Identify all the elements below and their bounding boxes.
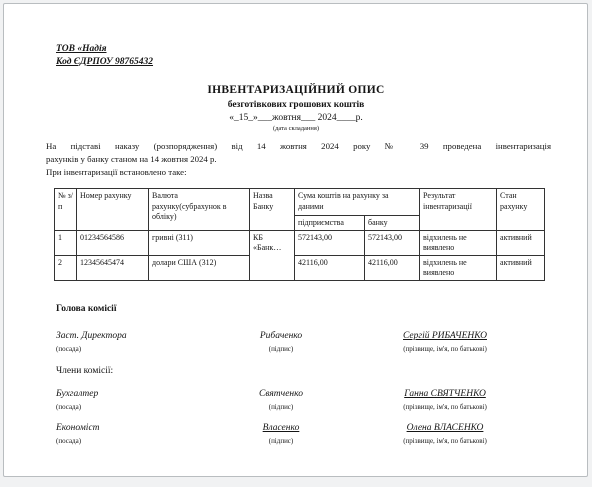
col-header-result: Результат інвентаризації bbox=[420, 189, 497, 231]
position-value: Бухгалтер bbox=[56, 389, 216, 399]
signature-value: Рибаченко bbox=[218, 331, 344, 341]
cell-result: відхилень не виявлено bbox=[420, 255, 497, 280]
commission-head-title: Голова комісії bbox=[56, 304, 116, 314]
cell-num: 1 bbox=[55, 230, 77, 255]
cell-sum-bank: 42116,00 bbox=[365, 255, 420, 280]
intro-line-2: рахунків у банку станом на 14 жовтня 202… bbox=[46, 153, 551, 166]
company-name: ТОВ «Надія bbox=[56, 43, 153, 56]
cell-account: 01234564586 bbox=[77, 230, 149, 255]
signature-value: Святченко bbox=[218, 389, 344, 399]
page-subtitle: безготівкових грошових коштів bbox=[10, 100, 582, 110]
cell-result: відхилень не виявлено bbox=[420, 230, 497, 255]
cell-sum-bank: 572143,00 bbox=[365, 230, 420, 255]
table-row: 2 12345645474 долари США (312) 42116,00 … bbox=[55, 255, 545, 280]
cell-state: активний bbox=[497, 255, 545, 280]
col-header-sum: Сума коштів на рахунку за даними bbox=[295, 189, 420, 216]
col-header-sum-bank: банку bbox=[365, 216, 420, 231]
intro-line-3: При інвентаризації встановлено таке: bbox=[46, 166, 551, 179]
inventory-table: № з/п Номер рахунку Валюта рахунку(субра… bbox=[54, 188, 545, 281]
document-viewport: ТОВ «Надія Код ЄДРПОУ 98765432 ІНВЕНТАРИ… bbox=[0, 0, 592, 487]
fullname-value: Ганна СВЯТЧЕНКО bbox=[352, 389, 538, 399]
document-page: ТОВ «Надія Код ЄДРПОУ 98765432 ІНВЕНТАРИ… bbox=[3, 3, 588, 477]
col-header-bank: Назва Банку bbox=[250, 189, 295, 231]
position-value: Економіст bbox=[56, 423, 216, 433]
col-header-sum-enterprise: підприємства bbox=[295, 216, 365, 231]
col-header-num: № з/п bbox=[55, 189, 77, 231]
signature-caption: (підпис) bbox=[218, 437, 344, 445]
col-header-account: Номер рахунку bbox=[77, 189, 149, 231]
signature-caption: (підпис) bbox=[218, 403, 344, 411]
col-header-state: Стан рахунку bbox=[497, 189, 545, 231]
table-row: 1 01234564586 гривні (311) КБ «Банк… 572… bbox=[55, 230, 545, 255]
cell-currency: долари США (312) bbox=[149, 255, 250, 280]
cell-currency: гривні (311) bbox=[149, 230, 250, 255]
commission-members-title: Члени комісії: bbox=[56, 366, 113, 376]
signature-caption: (підпис) bbox=[218, 345, 344, 353]
col-header-currency: Валюта рахунку(субрахунок в обліку) bbox=[149, 189, 250, 231]
cell-state: активний bbox=[497, 230, 545, 255]
date-caption: (дата складання) bbox=[10, 125, 582, 132]
position-caption: (посада) bbox=[56, 345, 216, 353]
fullname-value: Олена ВЛАСЕНКО bbox=[352, 423, 538, 433]
position-caption: (посада) bbox=[56, 437, 216, 445]
page-title: ІНВЕНТАРИЗАЦІЙНИЙ ОПИС bbox=[10, 84, 582, 96]
company-code: Код ЄДРПОУ 98765432 bbox=[56, 56, 153, 69]
cell-num: 2 bbox=[55, 255, 77, 280]
cell-sum-enterprise: 42116,00 bbox=[295, 255, 365, 280]
position-value: Заст. Директора bbox=[56, 331, 216, 341]
cell-bank: КБ «Банк… bbox=[250, 230, 295, 280]
intro-line-1: На підставі наказу (розпорядження) від 1… bbox=[46, 140, 551, 153]
fullname-caption: (прізвище, ім'я, по батькові) bbox=[352, 403, 538, 411]
fullname-value: Сергій РИБАЧЕНКО bbox=[352, 331, 538, 341]
fullname-caption: (прізвище, ім'я, по батькові) bbox=[352, 437, 538, 445]
cell-sum-enterprise: 572143,00 bbox=[295, 230, 365, 255]
intro-paragraph: На підставі наказу (розпорядження) від 1… bbox=[46, 140, 551, 180]
signature-value: Власенко bbox=[218, 423, 344, 433]
company-block: ТОВ «Надія Код ЄДРПОУ 98765432 bbox=[56, 43, 153, 69]
date-line: «_15_»___жовтня___ 2024____р. bbox=[10, 113, 582, 123]
position-caption: (посада) bbox=[56, 403, 216, 411]
fullname-caption: (прізвище, ім'я, по батькові) bbox=[352, 345, 538, 353]
cell-account: 12345645474 bbox=[77, 255, 149, 280]
